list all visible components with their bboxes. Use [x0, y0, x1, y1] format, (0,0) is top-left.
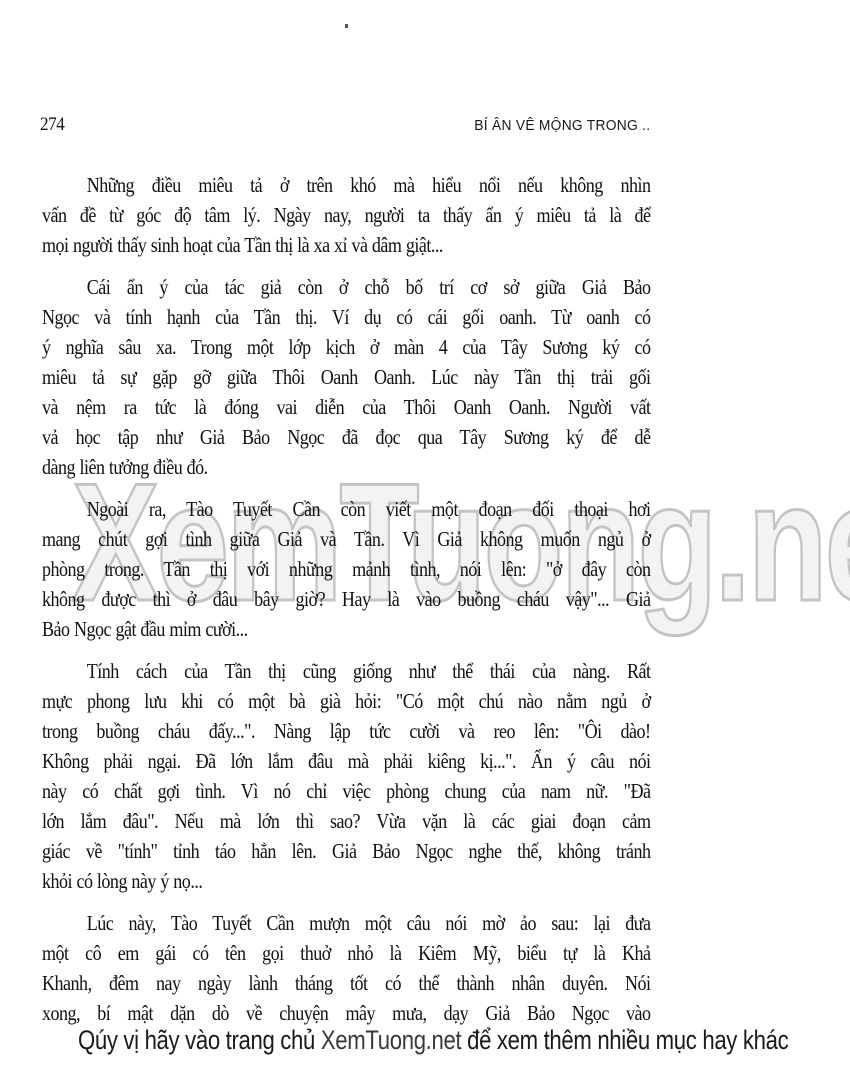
text-line: phòng trong. Tần thị với những mảnh tình… [42, 554, 651, 584]
text-line: Tính cách của Tần thị cũng giống như thể… [42, 656, 651, 686]
text-line: Không phải ngại. Đã lớn lắm đâu mà phải … [42, 746, 651, 776]
text-line: mực phong lưu khi có một bà già hỏi: "Có… [42, 686, 651, 716]
text-line: vả học tập như Giả Bảo Ngọc đã đọc qua T… [42, 422, 651, 452]
text-line: Lúc này, Tào Tuyết Cần mượn một câu nói … [42, 908, 651, 938]
text-line: và nệm ra tức là đóng vai diễn của Thôi … [42, 392, 651, 422]
paragraph-4: Tính cách của Tần thị cũng giống như thể… [42, 656, 652, 896]
book-title-header: BÍ ÂN VÊ MỘNG TRONG .. [474, 117, 650, 134]
text-line: Ngọc và tính hạnh của Tần thị. Ví dụ có … [42, 302, 651, 332]
text-line: Khanh, đêm nay ngày lành tháng tốt có th… [42, 968, 651, 998]
scan-speck [345, 24, 348, 28]
paragraph-2: Cái ẩn ý của tác giả còn ở chỗ bố trí cơ… [42, 272, 652, 482]
text-line: dàng liên tưởng điều đó. [42, 452, 651, 482]
text-line: lớn lắm đâu". Nếu mà lớn thì sao? Vừa vặ… [42, 806, 651, 836]
text-line: Bảo Ngọc gật đầu mỉm cười... [42, 614, 651, 644]
text-line: Những điều miêu tả ở trên khó mà hiểu nổ… [42, 170, 651, 200]
text-line: ý nghĩa sâu xa. Trong một lớp kịch ở màn… [42, 332, 651, 362]
text-line: mọi người thấy sinh hoạt của Tần thị là … [42, 230, 651, 260]
text-line: khỏi có lòng này ý nọ... [42, 866, 651, 896]
text-line: vấn đề từ góc độ tâm lý. Ngày nay, người… [42, 200, 651, 230]
text-line: Cái ẩn ý của tác giả còn ở chỗ bố trí cơ… [42, 272, 651, 302]
text-line: miêu tả sự gặp gỡ giữa Thôi Oanh Oanh. L… [42, 362, 651, 392]
text-line: một cô em gái có tên gọi thuở nhỏ là Kiê… [42, 938, 651, 968]
text-line: giác về "tính" tỉnh táo hẳn lên. Giả Bảo… [42, 836, 651, 866]
text-line: Ngoài ra, Tào Tuyết Cần còn viết một đoạ… [42, 494, 651, 524]
running-head: 274 BÍ ÂN VÊ MỘNG TRONG .. [40, 114, 650, 142]
text-line: mang chút gợi tình giữa Giả và Tần. Vì G… [42, 524, 651, 554]
paragraph-5: Lúc này, Tào Tuyết Cần mượn một câu nói … [42, 908, 652, 1028]
text-line: không được thì ở đâu bây giờ? Hay là vào… [42, 584, 651, 614]
paragraph-1: Những điều miêu tả ở trên khó mà hiểu nổ… [42, 170, 652, 260]
page-body: Những điều miêu tả ở trên khó mà hiểu nổ… [42, 170, 652, 1040]
paragraph-3: Ngoài ra, Tào Tuyết Cần còn viết một đoạ… [42, 494, 652, 644]
page-number: 274 [40, 114, 64, 136]
text-line: này có chất gợi tình. Vì nó chỉ việc phò… [42, 776, 651, 806]
text-line: trong buồng cháu đấy...". Nàng lập tức c… [42, 716, 651, 746]
text-line: xong, bí mật dặn dò về chuyện mây mưa, d… [42, 998, 651, 1028]
